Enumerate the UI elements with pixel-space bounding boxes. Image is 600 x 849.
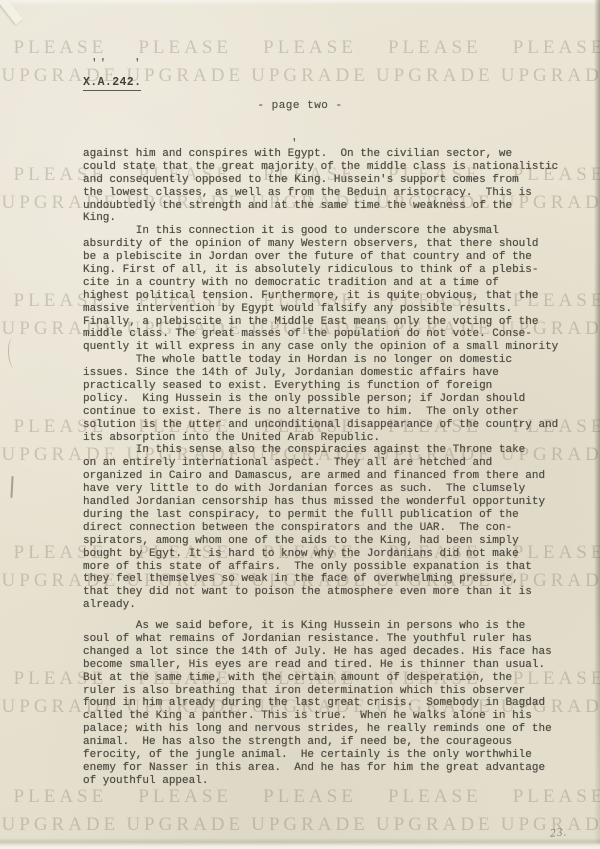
watermark-word: PLEASE [0,785,123,809]
text-line: found in him already during the last gre… [83,697,583,710]
watermark-word: PLEASE [248,785,373,809]
document-reference-text: X.A.242. [83,76,141,91]
text-line: But at the same time, with the certain a… [83,672,583,685]
text-line: direct connection between the conspirato… [83,522,583,535]
text-line: As we said before, it is King Hussein in… [83,620,583,633]
text-line: have very little to do with Jordanian fo… [83,483,583,496]
text-line: and consequently opposed to the King. Hu… [83,174,583,187]
text-line: quently it will express in any case only… [83,341,583,354]
watermark-word: PLEASE [248,36,373,60]
text-line: on an entirely international aspect. The… [83,457,583,470]
text-line: massive intervention by Egypt would fals… [83,303,583,316]
watermark-word: UPGRADE [497,813,600,837]
text-line: animal. He has also the strength and, if… [83,736,583,749]
watermark-word: PLEASE [497,785,600,809]
watermark-word: UPGRADE [248,813,373,837]
watermark-word: UPGRADE [497,64,600,88]
text-line: issues. Since the 14th of July, Jordania… [83,367,583,380]
text-line: the lowest classes, as well as from the … [83,187,583,200]
text-line: ferocity, of the jungle animal. He certa… [83,749,583,762]
scan-edge-top [0,0,600,5]
text-line: be a plebiscite in Jordan over the futur… [83,251,583,264]
watermark-row: UPGRADEUPGRADEUPGRADEUPGRADEUPGRADE [0,813,600,837]
watermark-word: PLEASE [123,785,248,809]
text-line: called the King a panther. This is true.… [83,710,583,723]
text-line: ruler is also breathing that iron determ… [83,685,583,698]
watermark-word: UPGRADE [0,813,123,837]
watermark-word: UPGRADE [372,64,497,88]
text-line: its absorption into the United Arab Repu… [83,432,583,445]
watermark-word: PLEASE [372,785,497,809]
text-line: The whole battle today in Hordan is no l… [83,354,583,367]
text-line: soul of what remains of Jordanian resist… [83,633,583,646]
text-line: more of this state of affairs. The only … [83,561,583,574]
watermark-row: PLEASEPLEASEPLEASEPLEASEPLEASE [0,36,600,60]
watermark-row: PLEASEPLEASEPLEASEPLEASEPLEASE [0,785,600,809]
text-line: changed a lot since the 14th of July. He… [83,646,583,659]
text-line: already. [83,599,583,612]
watermark-word: PLEASE [497,36,600,60]
text-line: handled Jordanian censorship has thus mi… [83,496,583,509]
text-line: become smaller, His eyes are read and ti… [83,659,583,672]
text-line: palace; with his long and nervous stride… [83,723,583,736]
text-line: of youthful appeal. [83,775,583,788]
pencil-mark-curve [7,338,20,369]
text-line: bought by Egyt. It is hard to know why t… [83,548,583,561]
stray-typewriter-marks: '' ' [91,58,143,70]
text-line: practically seased to exist. Everything … [83,380,583,393]
text-line: King. First of all, it is absolutely rid… [83,264,583,277]
text-line: that they did not want to poison the atm… [83,586,583,599]
watermark-word: PLEASE [372,36,497,60]
document-reference: X.A.242. [83,76,141,89]
text-line: middle class. The great masses of the po… [83,328,583,341]
paragraph: In this connection it is good to undersc… [83,225,583,354]
text-line: highest political tension. Furthermore, … [83,290,583,303]
document-page: PLEASEPLEASEPLEASEPLEASEPLEASEUPGRADEUPG… [0,0,600,849]
paragraph: As we said before, it is King Hussein in… [83,620,583,788]
watermark-word: PLEASE [123,36,248,60]
text-line: In this connection it is good to undersc… [83,225,583,238]
document-body: against him and conspires with Egypt. On… [83,148,583,788]
text-line: during the last conspiracy, to permit th… [83,509,583,522]
pencil-mark [10,476,13,498]
text-line: cite in a country with no democratic tra… [83,277,583,290]
text-line: King. [83,212,583,225]
text-line: they feel themselves so weak in the face… [83,573,583,586]
scan-edge-bottom [0,838,600,849]
text-line: solution is the utter and unconditional … [83,419,583,432]
text-line: enemy for Nasser in this area. And he ha… [83,762,583,775]
watermark-word: PLEASE [0,36,123,60]
text-line: Finally, a plebiscite in the Middle East… [83,316,583,329]
text-line: absurdity of the opinion of many Western… [83,238,583,251]
text-line: undoubtedly the strength and at the same… [83,200,583,213]
watermark-word: UPGRADE [372,813,497,837]
watermark-word: UPGRADE [123,813,248,837]
page-label: - page two - [0,100,600,112]
text-line: continue to exist. There is no alternati… [83,406,583,419]
scan-edge-right [594,0,600,849]
text-line: could state that the great majority of t… [83,161,583,174]
text-line: In this sense also the conspiracies agai… [83,444,583,457]
text-line: against him and conspires with Egypt. On… [83,148,583,161]
paragraph: The whole battle today in Hordan is no l… [83,354,583,444]
paragraph: against him and conspires with Egypt. On… [83,148,583,225]
watermark-word: UPGRADE [248,64,373,88]
paragraph: In this sense also the conspiracies agai… [83,444,583,612]
text-line: organized in Cairo and Damascus, are arm… [83,470,583,483]
text-line: policy. King Hussein is the only possibl… [83,393,583,406]
text-line: spirators, among whom one of the aids to… [83,535,583,548]
